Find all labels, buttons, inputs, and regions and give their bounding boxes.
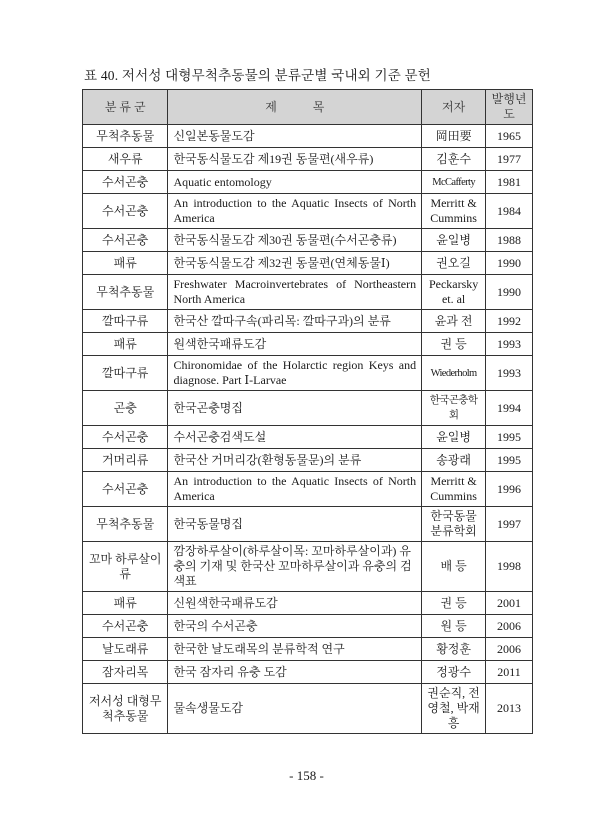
cell-year: 1995 [486, 426, 533, 449]
cell-category: 패류 [83, 333, 168, 356]
header-author: 저자 [422, 90, 486, 125]
cell-category: 패류 [83, 592, 168, 615]
cell-year: 1996 [486, 472, 533, 507]
cell-year: 1992 [486, 310, 533, 333]
table-caption: 표 40. 저서성 대형무척추동물의 분류군별 국내외 기준 문헌 [84, 64, 431, 84]
cell-author: 권 등 [422, 592, 486, 615]
cell-category: 수서곤충 [83, 194, 168, 229]
cell-author: Merritt & Cummins [422, 194, 486, 229]
cell-category: 깔따구류 [83, 310, 168, 333]
cell-author: 송광래 [422, 449, 486, 472]
cell-category: 꼬마 하루살이류 [83, 542, 168, 592]
cell-author: 권순직, 전영철, 박재흥 [422, 684, 486, 734]
cell-year: 2013 [486, 684, 533, 734]
cell-title: 물속생물도감 [168, 684, 422, 734]
cell-author: 김훈수 [422, 148, 486, 171]
cell-category: 새우류 [83, 148, 168, 171]
table-row: 수서곤충 수서곤충검색도설 윤일병 1995 [83, 426, 533, 449]
cell-year: 1993 [486, 333, 533, 356]
table-row: 무척추동물 한국동물명집 한국동물 분류학회 1997 [83, 507, 533, 542]
cell-title: 한국동식물도감 제19권 동물편(새우류) [168, 148, 422, 171]
cell-author: 원 등 [422, 615, 486, 638]
cell-year: 1997 [486, 507, 533, 542]
cell-title: 한국동식물도감 제30권 동물편(수서곤충류) [168, 229, 422, 252]
table-row: 무척추동물 Freshwater Macroinvertebrates of N… [83, 275, 533, 310]
cell-author: Peckarsky et. al [422, 275, 486, 310]
table-row: 깔따구류 한국산 깔따구속(파리목: 깔따구과)의 분류 윤과 전 1992 [83, 310, 533, 333]
cell-category: 수서곤충 [83, 615, 168, 638]
cell-title: 신일본동물도감 [168, 125, 422, 148]
cell-title: 한국곤충명집 [168, 391, 422, 426]
cell-title: 한국동식물도감 제32권 동물편(연체동물Ⅰ) [168, 252, 422, 275]
cell-title: An introduction to the Aquatic Insects o… [168, 472, 422, 507]
cell-author: 윤과 전 [422, 310, 486, 333]
table-row: 수서곤충 한국동식물도감 제30권 동물편(수서곤충류) 윤일병 1988 [83, 229, 533, 252]
cell-category: 잠자리목 [83, 661, 168, 684]
cell-category: 수서곤충 [83, 229, 168, 252]
cell-year: 1981 [486, 171, 533, 194]
cell-title: 한국한 날도래목의 분류학적 연구 [168, 638, 422, 661]
cell-year: 1984 [486, 194, 533, 229]
table-row: 깔따구류 Chironomidae of the Holarctic regio… [83, 356, 533, 391]
table-row: 패류 원색한국패류도감 권 등 1993 [83, 333, 533, 356]
cell-category: 저서성 대형무척추동물 [83, 684, 168, 734]
reference-table: 분 류 군 제 목 저자 발행년도 무척추동물 신일본동물도감 岡田要 1965… [82, 89, 533, 734]
cell-category: 수서곤충 [83, 472, 168, 507]
cell-year: 1990 [486, 275, 533, 310]
cell-author: McCafferty [422, 171, 486, 194]
cell-title: Aquatic entomology [168, 171, 422, 194]
cell-year: 2011 [486, 661, 533, 684]
cell-title: 한국산 거머리강(환형동물문)의 분류 [168, 449, 422, 472]
cell-title: Chironomidae of the Holarctic region Key… [168, 356, 422, 391]
cell-author: Merritt & Cummins [422, 472, 486, 507]
cell-title: 한국의 수서곤충 [168, 615, 422, 638]
cell-year: 2001 [486, 592, 533, 615]
cell-year: 1993 [486, 356, 533, 391]
table-row: 수서곤충 Aquatic entomology McCafferty 1981 [83, 171, 533, 194]
cell-year: 1977 [486, 148, 533, 171]
cell-year: 1988 [486, 229, 533, 252]
table-row: 날도래류 한국한 날도래목의 분류학적 연구 황정훈 2006 [83, 638, 533, 661]
cell-category: 무척추동물 [83, 275, 168, 310]
cell-author: 배 등 [422, 542, 486, 592]
table-row: 패류 한국동식물도감 제32권 동물편(연체동물Ⅰ) 권오길 1990 [83, 252, 533, 275]
cell-title: 신원색한국패류도감 [168, 592, 422, 615]
cell-author: Wiederholm [422, 356, 486, 391]
cell-title: 한국 잠자리 유충 도감 [168, 661, 422, 684]
cell-title: Freshwater Macroinvertebrates of Northea… [168, 275, 422, 310]
cell-title: 한국산 깔따구속(파리목: 깔따구과)의 분류 [168, 310, 422, 333]
table-row: 저서성 대형무척추동물 물속생물도감 권순직, 전영철, 박재흥 2013 [83, 684, 533, 734]
cell-author: 윤일병 [422, 426, 486, 449]
header-title: 제 목 [168, 90, 422, 125]
cell-year: 1965 [486, 125, 533, 148]
table-row: 잠자리목 한국 잠자리 유충 도감 정광수 2011 [83, 661, 533, 684]
cell-category: 깔따구류 [83, 356, 168, 391]
table-row: 수서곤충 An introduction to the Aquatic Inse… [83, 472, 533, 507]
cell-category: 수서곤충 [83, 426, 168, 449]
table-row: 수서곤충 한국의 수서곤충 원 등 2006 [83, 615, 533, 638]
cell-year: 1990 [486, 252, 533, 275]
table-row: 패류 신원색한국패류도감 권 등 2001 [83, 592, 533, 615]
cell-year: 1998 [486, 542, 533, 592]
table-row: 거머리류 한국산 거머리강(환형동물문)의 분류 송광래 1995 [83, 449, 533, 472]
cell-author: 황정훈 [422, 638, 486, 661]
cell-author: 윤일병 [422, 229, 486, 252]
table-row: 꼬마 하루살이류 깜장하루살이(하루살이목: 꼬마하루살이과) 유충의 기재 및… [83, 542, 533, 592]
cell-title: 깜장하루살이(하루살이목: 꼬마하루살이과) 유충의 기재 및 한국산 꼬마하루… [168, 542, 422, 592]
cell-category: 무척추동물 [83, 125, 168, 148]
cell-category: 무척추동물 [83, 507, 168, 542]
cell-author: 岡田要 [422, 125, 486, 148]
cell-category: 수서곤충 [83, 171, 168, 194]
cell-category: 곤충 [83, 391, 168, 426]
table-row: 새우류 한국동식물도감 제19권 동물편(새우류) 김훈수 1977 [83, 148, 533, 171]
cell-author: 한국동물 분류학회 [422, 507, 486, 542]
table-header-row: 분 류 군 제 목 저자 발행년도 [83, 90, 533, 125]
cell-author: 권오길 [422, 252, 486, 275]
cell-author: 권 등 [422, 333, 486, 356]
page-number: - 158 - [0, 768, 613, 784]
cell-title: 한국동물명집 [168, 507, 422, 542]
cell-category: 날도래류 [83, 638, 168, 661]
cell-year: 2006 [486, 615, 533, 638]
cell-year: 2006 [486, 638, 533, 661]
cell-category: 패류 [83, 252, 168, 275]
cell-author: 정광수 [422, 661, 486, 684]
table-row: 곤충 한국곤충명집 한국곤충학회 1994 [83, 391, 533, 426]
header-year: 발행년도 [486, 90, 533, 125]
cell-title: An introduction to the Aquatic Insects o… [168, 194, 422, 229]
cell-title: 수서곤충검색도설 [168, 426, 422, 449]
cell-title: 원색한국패류도감 [168, 333, 422, 356]
header-category: 분 류 군 [83, 90, 168, 125]
cell-year: 1994 [486, 391, 533, 426]
table-row: 수서곤충 An introduction to the Aquatic Inse… [83, 194, 533, 229]
cell-year: 1995 [486, 449, 533, 472]
table-row: 무척추동물 신일본동물도감 岡田要 1965 [83, 125, 533, 148]
cell-category: 거머리류 [83, 449, 168, 472]
cell-author: 한국곤충학회 [422, 391, 486, 426]
